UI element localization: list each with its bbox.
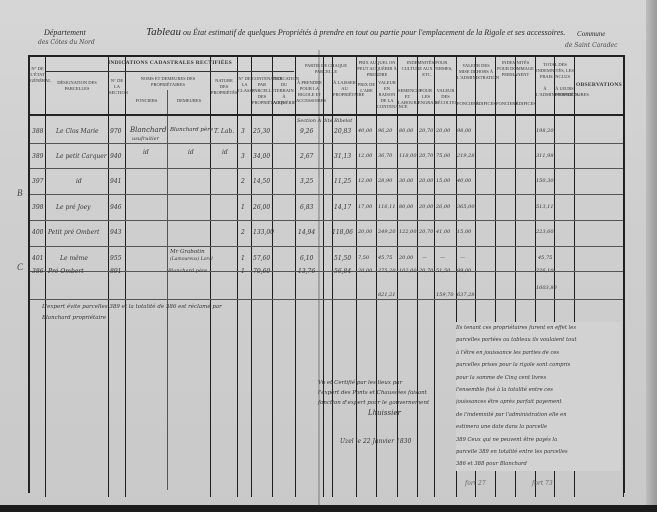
col-header-valeur-fonciers: Fonciers	[457, 101, 475, 107]
cell-recoltes: 41,00	[436, 229, 450, 235]
commune-name: de Saint Caradec	[565, 40, 617, 51]
column-rule	[417, 57, 418, 497]
cell-contenance: 25,30	[253, 128, 270, 135]
col-header-designation: Désignation des parcelles	[47, 80, 107, 92]
total-indemnites: 1603,80	[536, 285, 557, 291]
cell-num: 389	[32, 153, 43, 160]
cell-section: 970	[110, 128, 121, 135]
column-rule	[251, 57, 252, 497]
certification-line: l'expert des Ponts et Chaussées faisant	[318, 388, 429, 398]
cell-a-laisser: 31,13	[334, 153, 351, 160]
cell-a-laisser: 56,84	[334, 268, 351, 275]
page-bottom-edge	[0, 505, 657, 512]
cell-proprietaire: Blanchard	[130, 126, 167, 134]
cell-valeur: 28,90	[378, 178, 392, 184]
cell-section: 891	[110, 268, 121, 275]
column-rule	[397, 57, 398, 497]
title-rest: ou État estimatif de quelques Propriétés…	[183, 28, 565, 37]
col-header-valeur-contenance: Valeur en raison de la contenance	[377, 80, 397, 110]
observation-line: 386 et 388 pour Blanchard	[456, 458, 621, 470]
cell-valeur: 275,20	[378, 268, 396, 274]
col-header-fonciers: Fonciers	[126, 98, 167, 104]
cell-valeur2: 365,00	[457, 204, 475, 210]
page-title: Tableau ou État estimatif de quelques Pr…	[146, 26, 565, 38]
cell-demeure: Blanchard père	[168, 268, 207, 274]
row-rule	[30, 220, 623, 221]
cell-semences: 80,00	[399, 204, 413, 210]
cell-classe: 3	[241, 128, 245, 135]
col-header-a-prendre: À prendre pour la rigole et accessoires	[296, 80, 323, 104]
cell-semences: 80,00	[399, 128, 413, 134]
col-header-recoltes: Valeur des récoltes	[435, 88, 456, 106]
cell-semences: 122,00	[399, 229, 417, 235]
column-rule	[356, 57, 357, 497]
cell-semences: 30,00	[399, 178, 413, 184]
cell-engrais: 20,70	[419, 153, 433, 159]
commune-label: Commune	[565, 29, 617, 40]
cell-valeur2: 99,00	[457, 268, 471, 274]
row-rule	[30, 246, 623, 247]
cell-demeure-note: (Lamoureux) Loral	[170, 257, 213, 262]
col-header-dommage-fonciers: Fonciers	[496, 101, 515, 107]
cell-contenance: 26,00	[253, 204, 270, 211]
total-valeur2: 637,28	[457, 292, 475, 298]
cell-num: 401	[32, 255, 43, 262]
cell-classe: 1	[241, 204, 245, 211]
cell-engrais: —	[422, 255, 427, 261]
col-header-a-laisser: À laisser au propriétaire	[333, 80, 356, 98]
row-rule	[30, 299, 623, 300]
margin-mark: B	[17, 188, 23, 198]
cell-a-prendre: 9,26	[300, 128, 313, 135]
col-header-semences: Semences et labours	[398, 88, 417, 106]
cell-total: 311,98	[536, 153, 554, 159]
cell-valeur: 116,11	[378, 204, 396, 210]
column-rule	[237, 57, 238, 497]
total-valeur: 821,21	[378, 292, 396, 298]
departement-label: Département	[38, 28, 95, 38]
col-header-num: N° de l'état général	[30, 66, 45, 84]
cell-recoltes: 20,00	[436, 128, 450, 134]
cell-a-laisser: 118,06	[332, 229, 353, 236]
cell-demeure-note: usufruitier	[132, 136, 159, 142]
cell-nature: id	[222, 149, 228, 156]
cell-section: 943	[110, 229, 121, 236]
cell-engrais: 20,70	[419, 128, 433, 134]
column-rule	[167, 90, 168, 490]
cell-designation: Pré Ombert	[48, 268, 84, 275]
col-header-valeur-edifices: Édifices	[476, 101, 495, 107]
cell-prix-are: 20,00	[358, 268, 372, 274]
total-recoltes: 159,70	[436, 292, 454, 298]
row-rule	[30, 168, 623, 169]
col-header-indication: Indication du terrain à acquérir	[273, 76, 295, 106]
cell-prix-are: 12,00	[358, 178, 372, 184]
column-rule	[434, 57, 435, 497]
departement-header: Département des Côtes du Nord	[38, 28, 95, 48]
observation-line: à l'être en jouissance les parties de ce…	[456, 347, 621, 359]
group-header-partie: Partie de chaque parcelle	[296, 63, 356, 75]
column-rule	[623, 57, 624, 497]
cell-a-prendre: 13,76	[298, 268, 315, 275]
cell-a-laisser: 20,83	[334, 128, 351, 135]
cell-prix-are: 12,00	[358, 153, 372, 159]
column-rule	[108, 57, 109, 497]
column-rule	[210, 57, 211, 497]
col-header-prix-are: Prix de l'are	[357, 82, 376, 94]
cell-semences: 20,00	[399, 255, 413, 261]
cell-section: 946	[110, 204, 121, 211]
col-header-observations: Observations	[575, 82, 623, 88]
cell-recoltes: 15,00	[436, 178, 450, 184]
observation-line: parcelles prises pour la rigole sont com…	[456, 359, 621, 371]
observation-line: estimera une date dans la parcelle	[456, 421, 621, 433]
cell-contenance: 14,50	[253, 178, 270, 185]
cell-valeur2: 98,00	[457, 128, 471, 134]
signature: Lhuissier	[318, 408, 429, 418]
col-header-dommage-edifices: Édifices	[516, 101, 535, 107]
cell-num: 398	[32, 204, 43, 211]
cell-total: 226,10	[536, 268, 554, 274]
row-rule	[30, 143, 623, 144]
cell-total: 150,30	[536, 178, 554, 184]
group-header-indemnites-culture: Indemnités pour culture aux fermes, etc.	[398, 60, 456, 78]
group-header-valeur: Valeur des mise dehors à l'administratio…	[457, 63, 495, 81]
commune-header: Commune de Saint Caradec	[565, 29, 617, 51]
cell-contenance: 57,60	[253, 255, 270, 262]
cell-prix-are: 40,00	[358, 128, 372, 134]
cell-classe: 1	[241, 268, 245, 275]
observation-line: de l'indemnité par l'administration elle…	[456, 409, 621, 421]
title-main: Tableau	[146, 26, 181, 38]
cell-total: 198,20	[536, 128, 554, 134]
cell-classe: 3	[241, 153, 245, 160]
cell-a-prendre: 3,25	[300, 178, 313, 185]
cell-valeur: 36,70	[378, 153, 392, 159]
cell-nature: T. Lab.	[214, 128, 234, 135]
cell-demeure: id	[188, 149, 194, 156]
cell-total: 513,11	[536, 204, 554, 210]
observations-block: Ils tenant ces propriétaires furent en e…	[456, 322, 621, 471]
cell-section: 941	[110, 178, 121, 185]
column-rule	[376, 57, 377, 497]
left-note-line: Blanchard propriétaire	[42, 313, 222, 324]
departement-name: des Côtes du Nord	[38, 38, 95, 48]
observation-line: parcelles portées au tableau ils voulaie…	[456, 334, 621, 346]
column-rule	[125, 57, 126, 497]
col-header-contenance: Contenance par parcelle des propriétaire…	[252, 76, 272, 106]
certification-block: Vu et Certifié par les lieux par l'exper…	[318, 378, 429, 418]
left-note: L'expert évite parcelles 389 et la total…	[42, 302, 222, 324]
col-header-demeures: Demeures	[168, 98, 210, 104]
group-header-total: Total des indemnités, les frais inclus	[536, 62, 574, 80]
cell-recoltes: 26,00	[436, 204, 450, 210]
cell-section: 940	[110, 153, 121, 160]
cell-valeur2: 219,28	[457, 153, 475, 159]
group-header-indemnites-dommage: Indemnités pour dommage permanent	[496, 60, 535, 78]
column-rule	[272, 57, 273, 497]
cell-prix-are: 7,50	[358, 255, 369, 261]
cell-engrais: 20,00	[419, 204, 433, 210]
cell-valeur2: —	[460, 255, 465, 261]
margin-mark: C	[17, 262, 23, 272]
column-rule	[45, 57, 46, 497]
cell-semences: 118,00	[399, 153, 417, 159]
cell-designation: Petit pré Ombert	[48, 229, 99, 236]
cell-contenance: 133,00	[253, 229, 274, 236]
col-header-classe: N° de la classe	[238, 76, 251, 94]
cell-total: 45,75	[538, 255, 552, 261]
cell-recoltes: —	[440, 255, 445, 261]
cell-recoltes: 75,00	[436, 153, 450, 159]
cell-valeur: 45,75	[378, 255, 392, 261]
observation-line: 389 Ceux qui ne peuvent être payés la	[456, 434, 621, 446]
cell-classe: 2	[241, 229, 245, 236]
left-note-line: L'expert évite parcelles 389 et la total…	[42, 302, 222, 313]
cell-num: 386	[32, 268, 43, 275]
pencil-note: fort 73	[532, 478, 553, 491]
cell-engrais: 20,70	[419, 268, 433, 274]
header-rule	[30, 114, 623, 116]
group-header-cadastral: Indications cadastrales rectifiées	[46, 60, 294, 66]
cell-valeur2: 15,00	[457, 229, 471, 235]
cell-total: 223,60	[536, 229, 554, 235]
col-header-engrais: Pour les engrais	[418, 88, 434, 106]
cell-designation: Le petit Carquer	[56, 153, 107, 160]
cell-section: 955	[110, 255, 121, 262]
observation-line: jouissances être après parfait payement	[456, 396, 621, 408]
cell-a-laisser: 14,17	[334, 204, 351, 211]
cell-prix-are: 17,00	[358, 204, 372, 210]
certification-line: fonction d'expert pour le gouvernement	[318, 398, 429, 408]
cell-contenance: 34,00	[253, 153, 270, 160]
pencil-note: fort 27	[465, 478, 486, 491]
cell-num: 388	[32, 128, 43, 135]
col-header-administration: À l'administration	[536, 86, 554, 98]
cell-a-laisser: 51,50	[334, 255, 351, 262]
cell-classe: 2	[241, 178, 245, 185]
col-header-proprietaires: À leurs propriétaires	[555, 86, 574, 98]
observation-line: l'ensemble fixé à la totalité entre ces	[456, 384, 621, 396]
cell-classe: 1	[241, 255, 245, 262]
cell-valeur: 96,20	[378, 128, 392, 134]
cell-num: 397	[32, 178, 43, 185]
observation-line: Ils tenant ces propriétaires furent en e…	[456, 322, 621, 334]
cell-a-prendre: 14,94	[298, 229, 315, 236]
cell-designation: id	[76, 178, 82, 185]
row-rule	[30, 194, 623, 195]
cell-demeure: Mr Grabotin	[170, 249, 205, 255]
cell-a-laisser: 11,25	[334, 178, 351, 185]
cell-a-prendre: 2,67	[300, 153, 313, 160]
cell-demeure: Blanchard père	[170, 127, 213, 133]
observation-line: parcelle 389 en totalité entre les parce…	[456, 446, 621, 458]
cell-engrais: 20,70	[419, 229, 433, 235]
cell-designation: Le même	[60, 255, 88, 262]
cell-engrais: 20,00	[419, 178, 433, 184]
section-note: Section A dite Ribelot	[297, 118, 352, 124]
col-header-nature: Nature des propriétés	[211, 78, 237, 96]
observation-line: pour la somme de Cinq cent livres	[456, 372, 621, 384]
date-line: Uzel le 22 Janvier 1830	[340, 436, 411, 449]
cell-prix-are: 20,00	[358, 229, 372, 235]
cell-valeur2: 40,00	[457, 178, 471, 184]
cell-designation: Le pré Joey	[56, 204, 91, 211]
cell-proprietaire: id	[143, 149, 149, 156]
cell-contenance: 70,60	[253, 268, 270, 275]
certification-line: Vu et Certifié par les lieux par	[318, 378, 429, 388]
cell-recoltes: 51,50	[436, 268, 450, 274]
cell-semences: 102,00	[399, 268, 417, 274]
col-header-section: N° de la section	[109, 78, 125, 96]
cell-a-prendre: 6,83	[300, 204, 313, 211]
group-header-noms: Noms et demeures des propriétaires	[126, 76, 210, 88]
group-header-prix: Prix auquel on peut acquérir à prendre	[357, 60, 397, 78]
cell-valeur: 249,20	[378, 229, 396, 235]
group-rule	[46, 71, 294, 72]
cell-a-prendre: 6,10	[300, 255, 313, 262]
page-edge	[646, 0, 657, 512]
cell-num: 400	[32, 229, 43, 236]
cell-designation: Le Clos Marie	[56, 128, 99, 135]
